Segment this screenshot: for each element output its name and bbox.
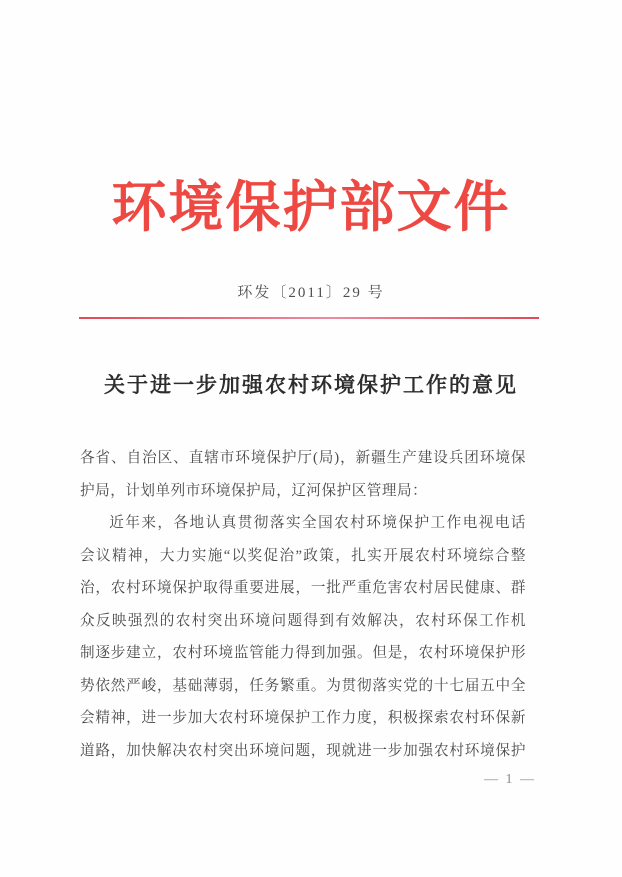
body-line: 会精神，进一步加大农村环境保护工作力度，积极探索农村环保新 bbox=[80, 702, 526, 735]
red-divider-line bbox=[79, 317, 539, 319]
page-number: — 1 — bbox=[484, 772, 536, 788]
body-line: 近年来，各地认真贯彻落实全国农村环境保护工作电视电话 bbox=[80, 507, 526, 540]
body-line: 护局，计划单列市环境保护局，辽河保护区管理局： bbox=[80, 475, 526, 508]
body-line: 制逐步建立，农村环境监管能力得到加强。但是，农村环境保护形 bbox=[80, 637, 526, 670]
document-subject-title: 关于进一步加强农村环境保护工作的意见 bbox=[0, 369, 622, 399]
document-page: 环境保护部文件 环发〔2011〕29 号 关于进一步加强农村环境保护工作的意见 … bbox=[0, 0, 622, 877]
body-line: 道路，加快解决农村突出环境问题，现就进一步加强农村环境保护 bbox=[80, 735, 526, 768]
document-body: 各省、自治区、直辖市环境保护厅(局)，新疆生产建设兵团环境保 护局，计划单列市环… bbox=[80, 442, 526, 767]
body-line: 治，农村环境保护取得重要进展，一批严重危害农村居民健康、群 bbox=[80, 572, 526, 605]
body-line: 势依然严峻，基础薄弱，任务繁重。为贯彻落实党的十七届五中全 bbox=[80, 670, 526, 703]
body-line: 众反映强烈的农村突出环境问题得到有效解决，农村环保工作机 bbox=[80, 605, 526, 638]
body-line: 会议精神，大力实施“以奖促治”政策，扎实开展农村环境综合整 bbox=[80, 540, 526, 573]
letterhead-title: 环境保护部文件 bbox=[0, 163, 622, 242]
body-line: 各省、自治区、直辖市环境保护厅(局)，新疆生产建设兵团环境保 bbox=[80, 442, 526, 475]
document-number: 环发〔2011〕29 号 bbox=[0, 281, 622, 302]
